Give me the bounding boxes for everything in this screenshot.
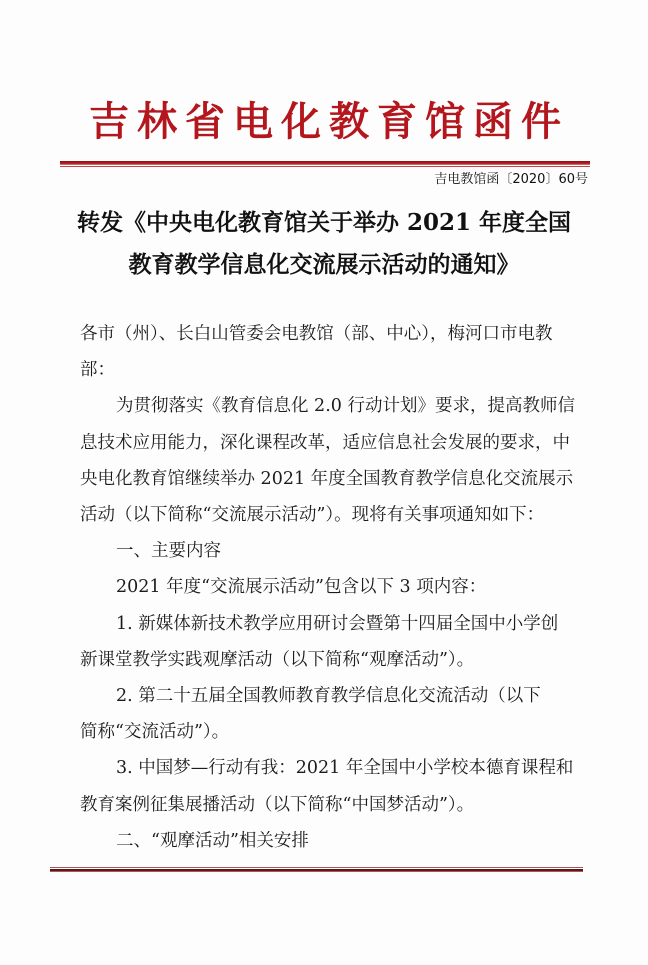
document-number: 吉电教馆函〔2020〕60号 [434,168,588,187]
masthead-title: 吉林省电化教育馆函件 [0,96,648,148]
intro-paragraph: 为贯彻落实《教育信息化 2.0 行动计划》要求，提高教师信 息技术应用能力，深化… [80,388,580,533]
salutation-line-2: 部： [80,352,580,388]
item-1-line-2: 新课堂教学实践观摩活动（以下简称“观摩活动”）。 [80,642,580,678]
item-1-line-1: 1. 新媒体新技术教学应用研讨会暨第十四届全国中小学创 [80,606,580,642]
masthead-red-rule [60,161,590,165]
list-item-1: 1. 新媒体新技术教学应用研讨会暨第十四届全国中小学创 新课堂教学实践观摩活动（… [80,606,580,678]
section-1-intro: 2021 年度“交流展示活动”包含以下 3 项内容： [80,569,580,605]
title-line-2: 教育教学信息化交流展示活动的通知》 [0,244,648,286]
intro-line-1: 为贯彻落实《教育信息化 2.0 行动计划》要求，提高教师信 [80,388,580,424]
title-line-1: 转发《中央电化教育馆关于举办 2021 年度全国 [0,202,648,244]
section-1-heading: 一、主要内容 [80,533,580,569]
list-item-3: 3. 中国梦—行动有我：2021 年全国中小学校本德育课程和 教育案例征集展播活… [80,750,580,822]
intro-line-4: 活动（以下简称“交流展示活动”）。现将有关事项通知如下： [80,497,580,533]
item-3-line-1: 3. 中国梦—行动有我：2021 年全国中小学校本德育课程和 [80,750,580,786]
intro-line-3: 央电化教育馆继续举办 2021 年度全国教育教学信息化交流展示 [80,461,580,497]
item-2-line-2: 简称“交流活动”）。 [80,714,580,750]
item-3-line-2: 教育案例征集展播活动（以下简称“中国梦活动”）。 [80,787,580,823]
document-body: 各市（州）、长白山管委会电教馆（部、中心），梅河口市电教 部： 为贯彻落实《教育… [80,316,580,859]
footer-rule [50,869,583,872]
document-title: 转发《中央电化教育馆关于举办 2021 年度全国 教育教学信息化交流展示活动的通… [0,202,648,286]
salutation: 各市（州）、长白山管委会电教馆（部、中心），梅河口市电教 部： [80,316,580,388]
section-2-heading: 二、“观摩活动”相关安排 [80,823,580,859]
intro-line-2: 息技术应用能力，深化课程改革，适应信息社会发展的要求，中 [80,425,580,461]
document-page: 吉林省电化教育馆函件 吉电教馆函〔2020〕60号 转发《中央电化教育馆关于举办… [0,0,648,965]
list-item-2: 2. 第二十五届全国教师教育教学信息化交流活动（以下 简称“交流活动”）。 [80,678,580,750]
salutation-line-1: 各市（州）、长白山管委会电教馆（部、中心），梅河口市电教 [80,316,580,352]
item-2-line-1: 2. 第二十五届全国教师教育教学信息化交流活动（以下 [80,678,580,714]
